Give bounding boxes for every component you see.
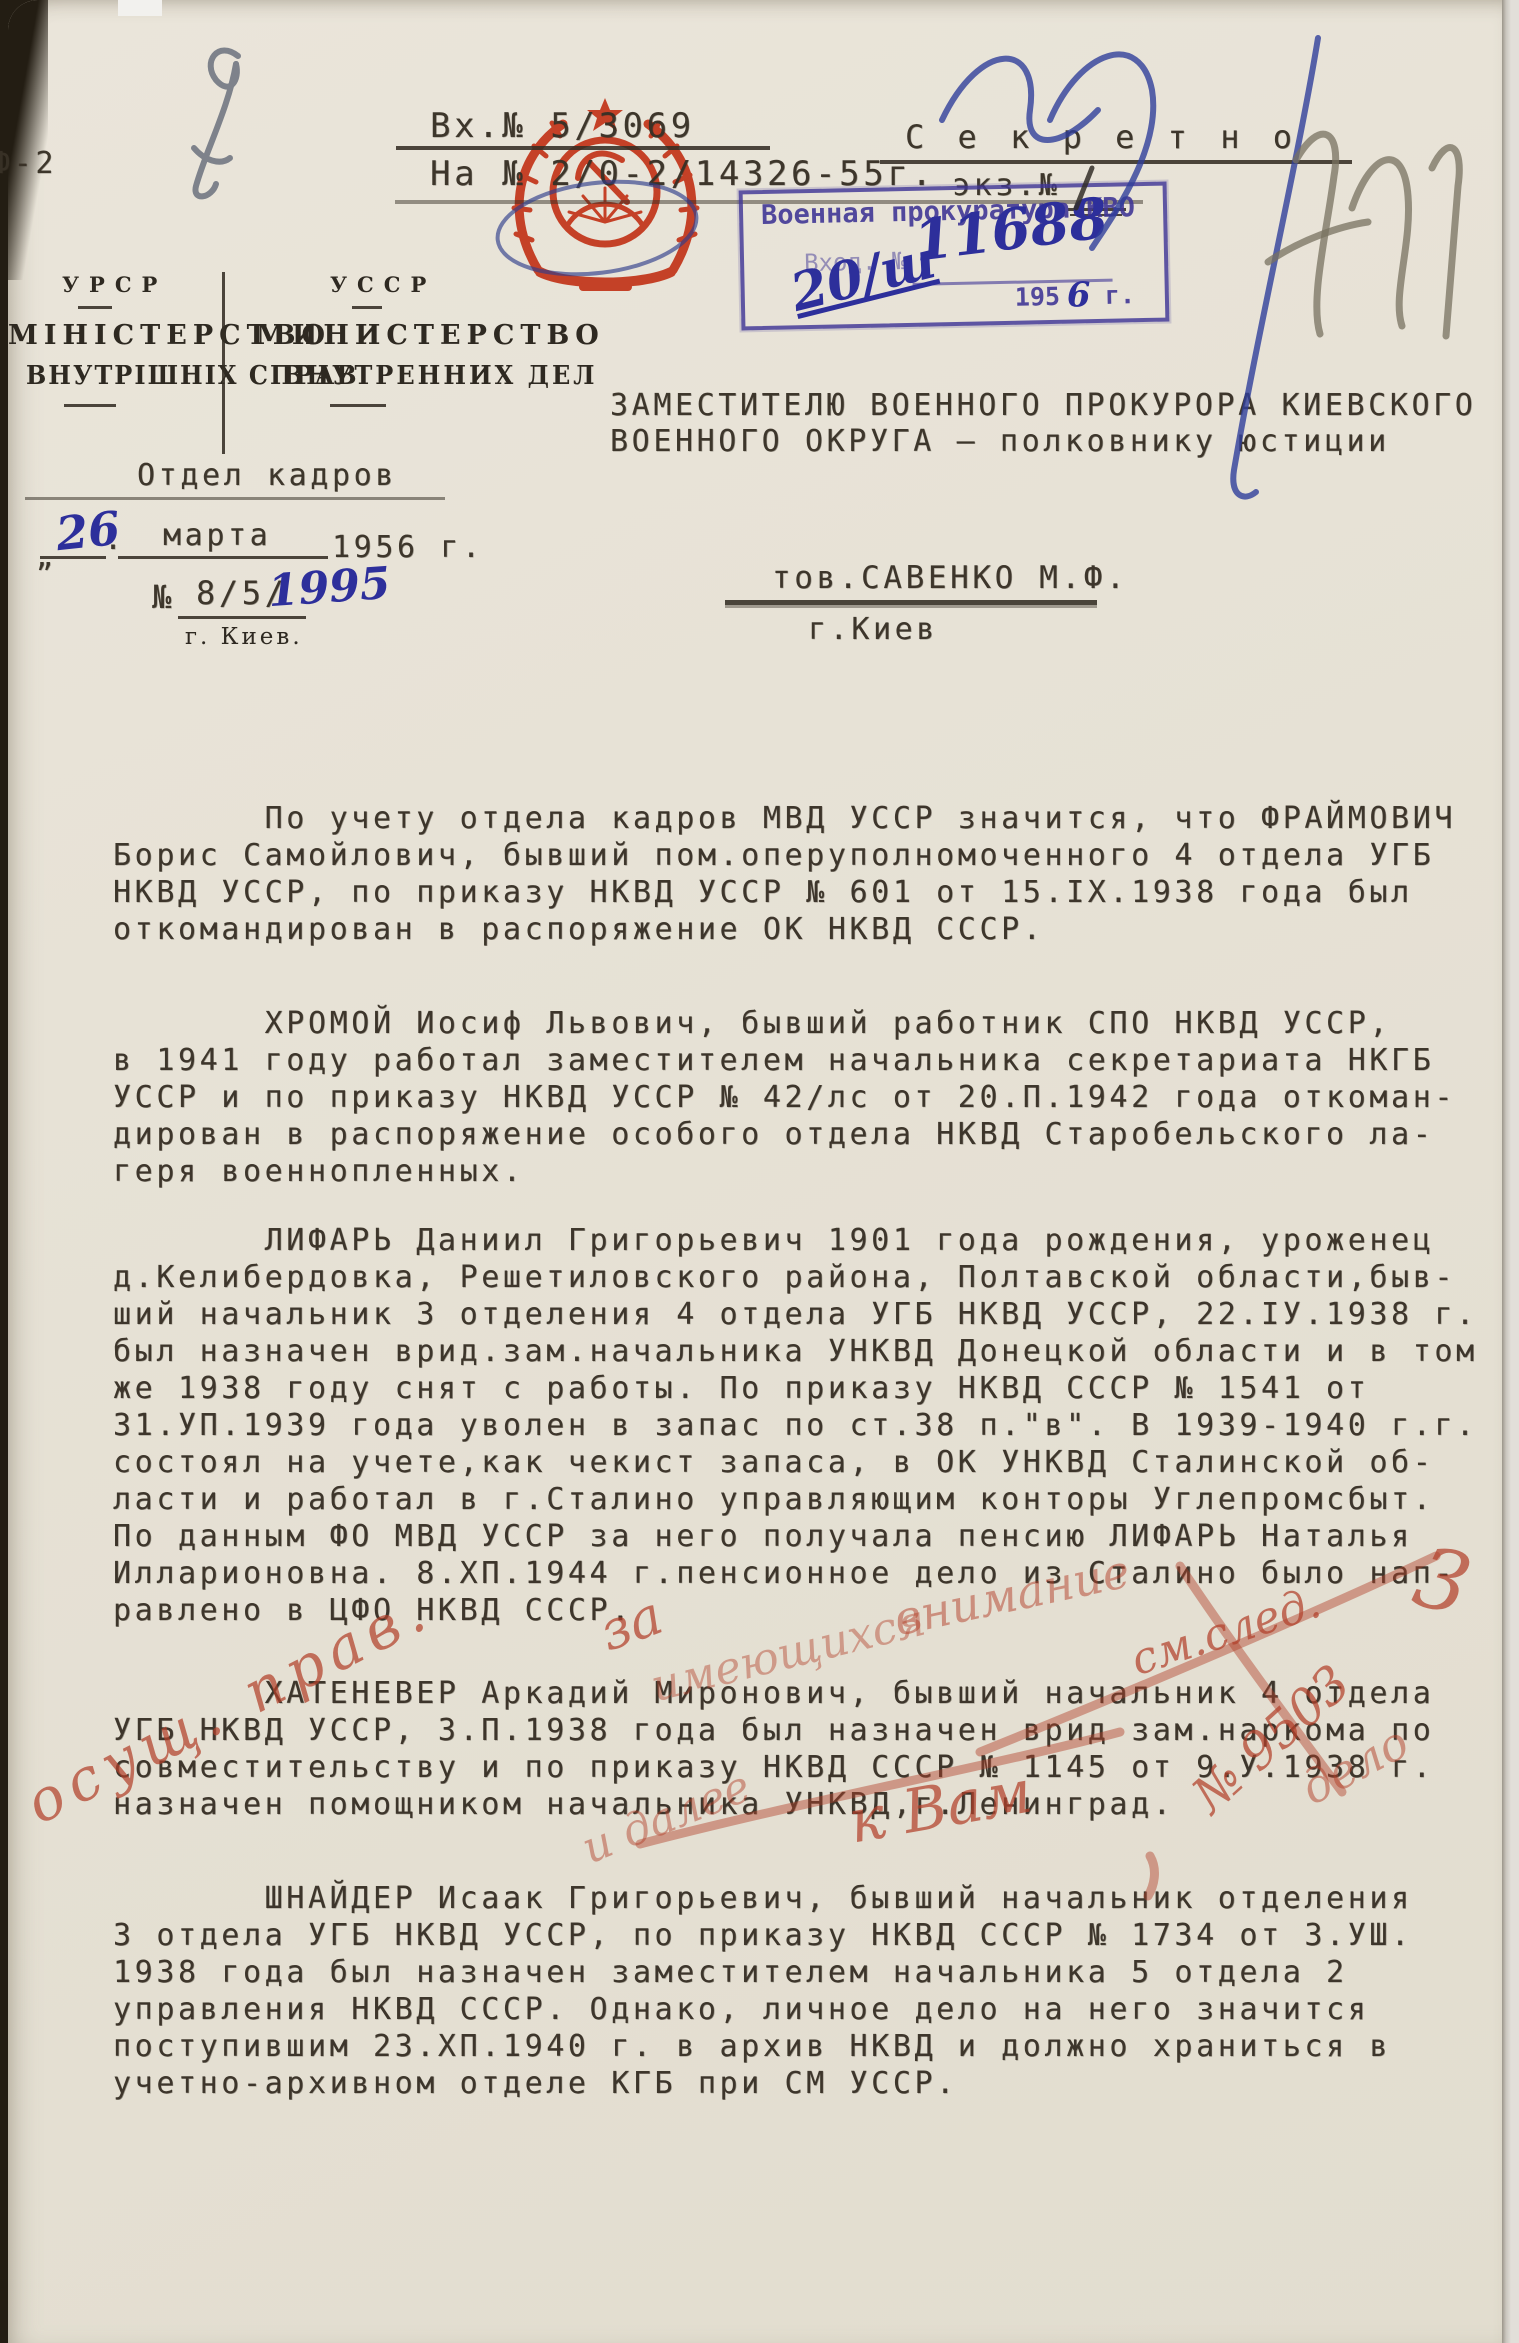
blue-pen-circle [492,171,701,285]
blue-signature-flourish [942,38,1318,497]
copy-number-handwritten-stroke [1076,168,1092,208]
handwriting-strokes-layer [0,0,1519,2343]
red-sweep-strokes [640,1556,1436,1896]
pencil-mark-top-left [194,50,238,196]
document-scan: Ф-2 Вх.№ 5/3069 На № 2/0-2/14326-55г. С … [0,0,1519,2343]
